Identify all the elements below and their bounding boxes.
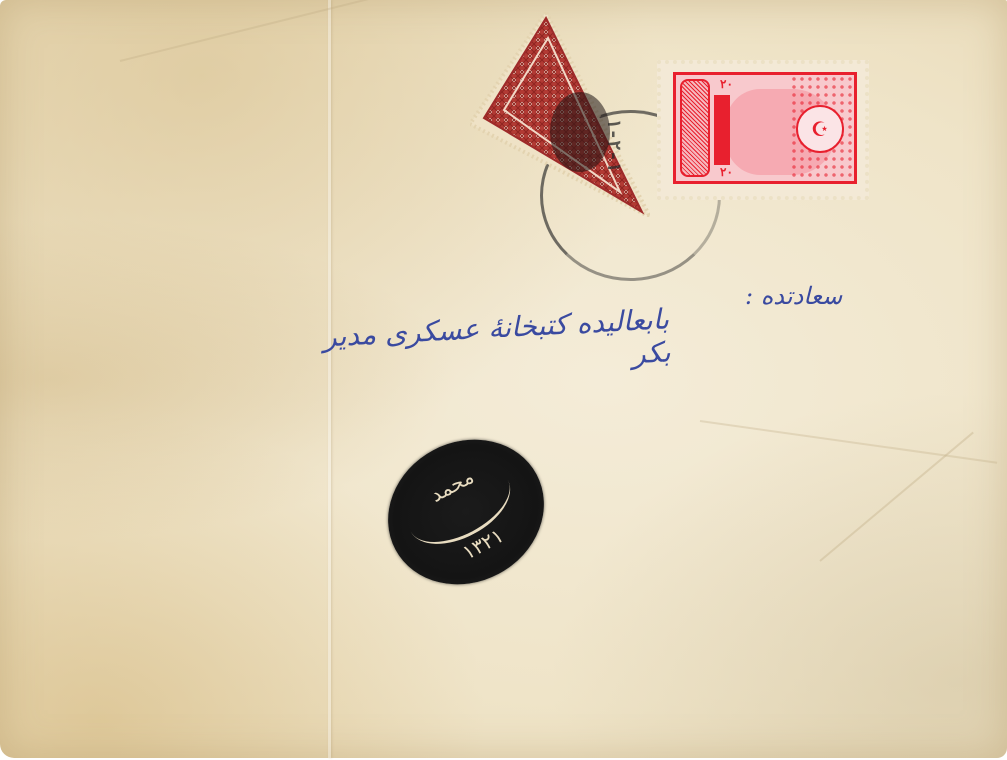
- stamp-inscription-panel: [680, 79, 710, 177]
- seal-date: ۱۳۲۱: [458, 523, 507, 564]
- address-line-2: بابعالیده کتبخانۀ عسکری مدیر بکر: [299, 302, 672, 387]
- fold-crease: [700, 420, 997, 464]
- triangle-stamp: [470, 12, 650, 217]
- seal-arc-text: محمد: [426, 464, 478, 507]
- seal-text: محمد ۱۳۲۱: [363, 413, 570, 612]
- envelope: ☪ ٢٠ ٢٠ ١-٢-١ سعادتده : بابعالیده کتبخان…: [0, 0, 1007, 758]
- fold-crease: [120, 0, 528, 62]
- fold-crease: [819, 432, 973, 562]
- rectangular-stamp: ☪ ٢٠ ٢٠: [657, 60, 869, 200]
- postmark-date: ١-٢-١: [603, 118, 624, 172]
- stamp-value-bottom: ٢٠: [720, 165, 733, 179]
- crescent-icon: ☪: [796, 105, 844, 153]
- stamp-frame: ☪ ٢٠ ٢٠: [673, 72, 857, 184]
- ink-seal: محمد ۱۳۲۱: [363, 413, 570, 612]
- address-line-1: سعادتده :: [745, 282, 842, 310]
- stamp-value-top: ٢٠: [720, 77, 733, 91]
- stamp-tower: [714, 95, 730, 165]
